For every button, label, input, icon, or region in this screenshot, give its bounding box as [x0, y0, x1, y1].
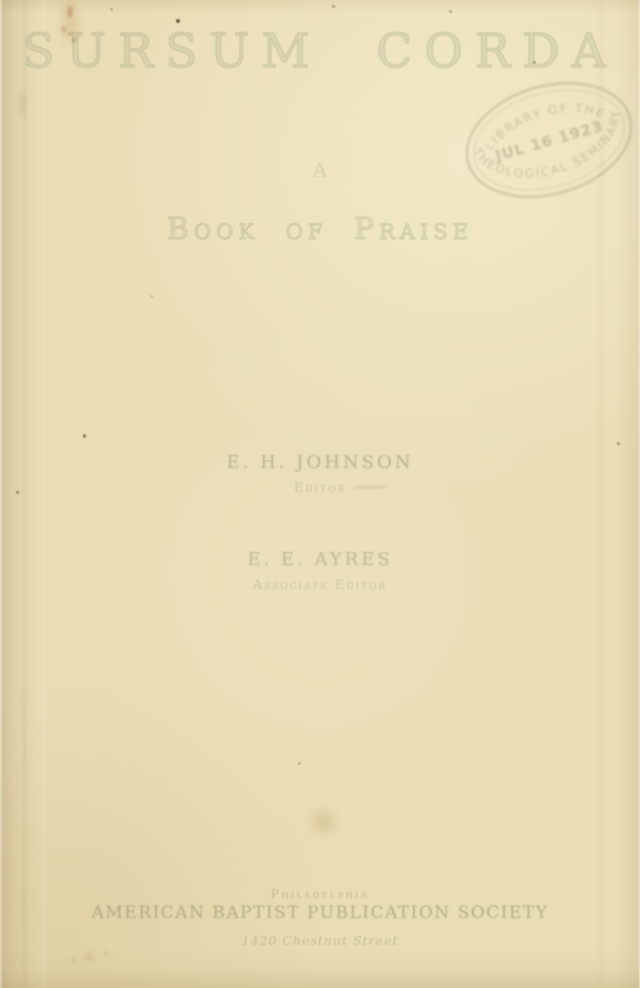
subtitle-prefix: A — [0, 158, 640, 182]
paper-speck — [176, 19, 180, 23]
paper-speck — [71, 958, 76, 962]
stamp-inner-ring — [462, 74, 636, 207]
editor-name: E. H. JOHNSON — [0, 452, 640, 473]
paper-speck — [332, 5, 335, 8]
imprint-city: Philadelphia — [0, 887, 640, 901]
paper-speck — [84, 953, 94, 961]
associate-editor-name: E. E. AYRES — [0, 549, 640, 570]
library-stamp: LIBRARY OF THE JUL 16 1923 THEOLOGICAL S… — [447, 58, 640, 222]
scanned-book-title-page: SURSUM CORDA LIBRARY OF THE JUL 16 1923 … — [0, 0, 640, 988]
paper-speck — [110, 8, 113, 11]
paper-speck — [298, 762, 301, 765]
imprint-address: 1420 Chestnut Street — [0, 933, 640, 948]
paper-speck — [20, 93, 25, 117]
associate-editor-role: Associate Editor — [0, 578, 640, 593]
stamp-outer-ring — [453, 65, 640, 215]
paper-speck — [617, 442, 620, 445]
paper-speck — [449, 10, 452, 13]
paper-speck — [68, 6, 72, 18]
paper-speck — [83, 434, 86, 438]
stamp-bottom-arc-text: THEOLOGICAL SEMINARY — [469, 105, 635, 198]
stamp-top-arc-text: LIBRARY OF THE — [477, 88, 611, 155]
paper-speck — [104, 951, 108, 955]
paper-speck — [150, 295, 153, 298]
editor-role: Editor — [0, 481, 640, 496]
imprint-publisher: AMERICAN BAPTIST PUBLICATION SOCIETY — [0, 903, 640, 923]
paper-speck — [312, 812, 334, 832]
book-title: SURSUM CORDA — [0, 24, 640, 79]
book-subtitle: Book of Praise — [0, 212, 640, 247]
